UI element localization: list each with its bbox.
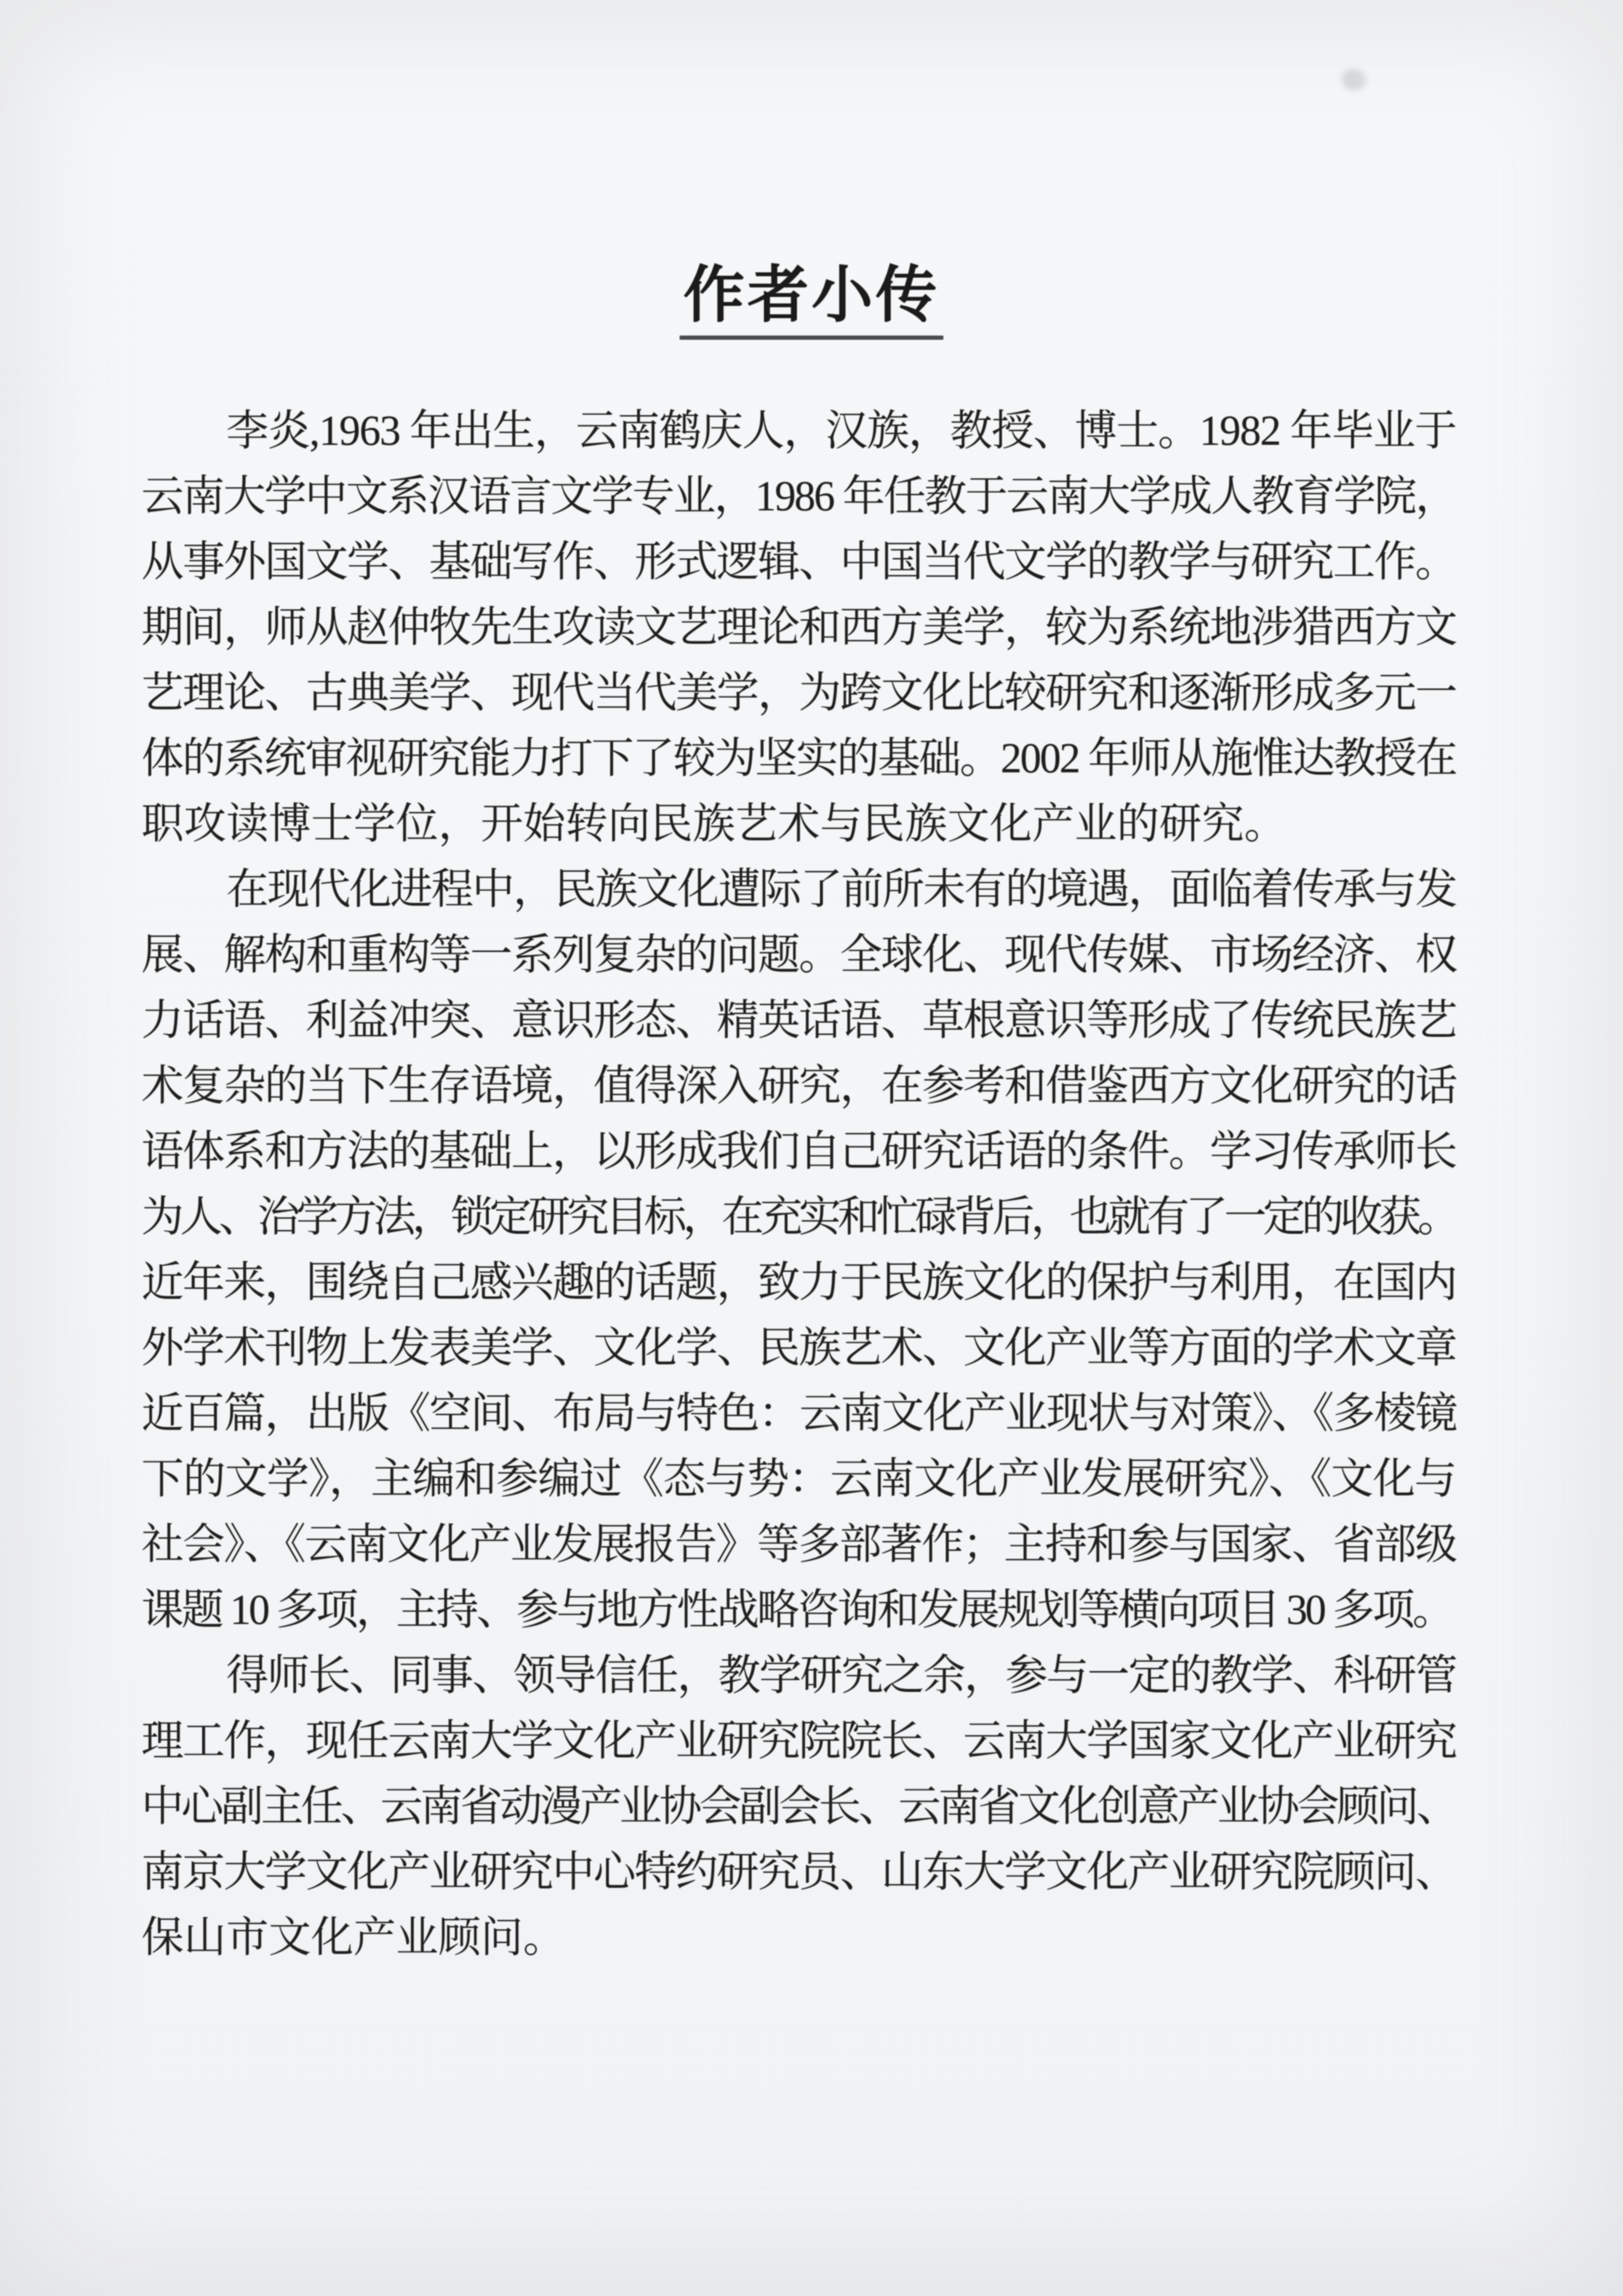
book-page: 作者小传 李炎,1963 年出生，云南鹤庆人，汉族，教授、博士。1982 年毕业… — [0, 0, 1623, 2296]
title-underline — [680, 336, 943, 340]
text-line: 为人、治学方法，锁定研究目标，在充实和忙碌背后，也就有了一定的收获。 — [141, 1184, 1456, 1250]
text-line: 在现代化进程中，民族文化遭际了前所未有的境遇，面临着传承与发 — [141, 857, 1456, 922]
text-line: 职攻读博士学位，开始转向民族艺术与民族文化产业的研究。 — [141, 791, 1456, 857]
text-line: 李炎,1963 年出生，云南鹤庆人，汉族，教授、博士。1982 年毕业于 — [141, 398, 1456, 464]
text-line: 展、解构和重构等一系列复杂的问题。全球化、现代传媒、市场经济、权 — [141, 922, 1456, 988]
text-line: 社会》、《云南文化产业发展报告》等多部著作；主持和参与国家、省部级 — [141, 1512, 1456, 1577]
scan-smudge — [1342, 69, 1366, 90]
text-line: 理工作，现任云南大学文化产业研究院院长、云南大学国家文化产业研究 — [141, 1708, 1456, 1774]
text-line: 近百篇，出版《空间、布局与特色：云南文化产业现状与对策》、《多棱镜 — [141, 1381, 1456, 1446]
text-line: 期间，师从赵仲牧先生攻读文艺理论和西方美学，较为系统地涉猎西方文 — [141, 595, 1456, 660]
biography-text: 李炎,1963 年出生，云南鹤庆人，汉族，教授、博士。1982 年毕业于云南大学… — [141, 398, 1456, 1970]
text-line: 力话语、利益冲突、意识形态、精英话语、草根意识等形成了传统民族艺 — [141, 988, 1456, 1053]
text-line: 语体系和方法的基础上，以形成我们自己研究话语的条件。学习传承师长 — [141, 1119, 1456, 1184]
text-line: 下的文学》，主编和参编过《态与势：云南文化产业发展研究》、《文化与 — [141, 1446, 1456, 1512]
text-line: 中心副主任、云南省动漫产业协会副会长、云南省文化创意产业协会顾问、 — [141, 1774, 1456, 1839]
text-line: 得师长、同事、领导信任，教学研究之余，参与一定的教学、科研管 — [141, 1643, 1456, 1708]
text-line: 外学术刊物上发表美学、文化学、民族艺术、文化产业等方面的学术文章 — [141, 1315, 1456, 1381]
text-line: 南京大学文化产业研究中心特约研究员、山东大学文化产业研究院顾问、 — [141, 1839, 1456, 1905]
text-line: 课题 10 多项，主持、参与地方性战略咨询和发展规划等横向项目 30 多项。 — [141, 1577, 1456, 1643]
text-line: 从事外国文学、基础写作、形式逻辑、中国当代文学的教学与研究工作。 — [141, 529, 1456, 595]
text-line: 云南大学中文系汉语言文学专业，1986 年任教于云南大学成人教育学院， — [141, 464, 1456, 529]
text-line: 保山市文化产业顾问。 — [141, 1905, 1456, 1970]
text-line: 近年来，围绕自己感兴趣的话题，致力于民族文化的保护与利用，在国内 — [141, 1250, 1456, 1315]
text-line: 体的系统审视研究能力打下了较为坚实的基础。2002 年师从施惟达教授在 — [141, 726, 1456, 791]
text-line: 术复杂的当下生存语境，值得深入研究，在参考和借鉴西方文化研究的话 — [141, 1053, 1456, 1119]
text-line: 艺理论、古典美学、现代当代美学，为跨文化比较研究和逐渐形成多元一 — [141, 660, 1456, 726]
title-block: 作者小传 — [0, 260, 1623, 340]
page-title: 作者小传 — [0, 260, 1623, 331]
